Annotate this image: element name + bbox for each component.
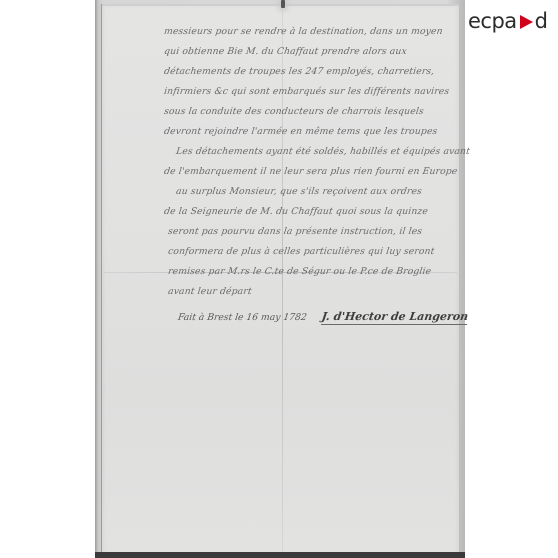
ecpad-logo[interactable]: ecpa d (468, 9, 548, 33)
manuscript-line: seront pas pourvu dans la présente instr… (163, 222, 456, 242)
logo-text-prefix: ecpa (468, 9, 517, 33)
manuscript-line: sous la conduite des conducteurs de char… (163, 102, 456, 122)
manuscript-line: de l'embarquement il ne leur sera plus r… (163, 162, 456, 182)
manuscript-line: devront rejoindre l'armée en même tems q… (163, 122, 456, 142)
pin-fastener (281, 0, 285, 8)
manuscript-line: infirmiers &c qui sont embarqués sur les… (163, 82, 456, 102)
signature: J. d'Hector de Langeron (321, 310, 470, 325)
manuscript-line: qui obtienne Bie M. du Chaffaut prendre … (163, 42, 456, 62)
play-triangle-icon (520, 15, 533, 29)
manuscript-line: remises par M.rs le C.te de Ségur ou le … (163, 262, 456, 282)
document-viewer: ecpa d messieurs pour se rendre à la des… (0, 0, 558, 558)
manuscript-line: avant leur départ (163, 282, 456, 302)
logo-text-suffix: d (535, 9, 548, 33)
place-and-date: Fait à Brest le 16 may 1782 (177, 312, 307, 323)
manuscript-line: détachements de troupes les 247 employés… (163, 62, 456, 82)
manuscript-line: conformera de plus à celles particulière… (163, 242, 456, 262)
manuscript-line: au surplus Monsieur, que s'ils reçoivent… (163, 182, 456, 202)
manuscript-line: messieurs pour se rendre à la destinatio… (163, 22, 456, 42)
page-bottom-edge (95, 552, 465, 558)
manuscript-line: Les détachements ayant été soldés, habil… (163, 142, 456, 162)
handwritten-text: messieurs pour se rendre à la destinatio… (164, 22, 454, 302)
closing-line: Fait à Brest le 16 may 1782 J. d'Hector … (177, 310, 469, 325)
manuscript-line: de la Seigneurie de M. du Chaffaut quoi … (163, 202, 456, 222)
